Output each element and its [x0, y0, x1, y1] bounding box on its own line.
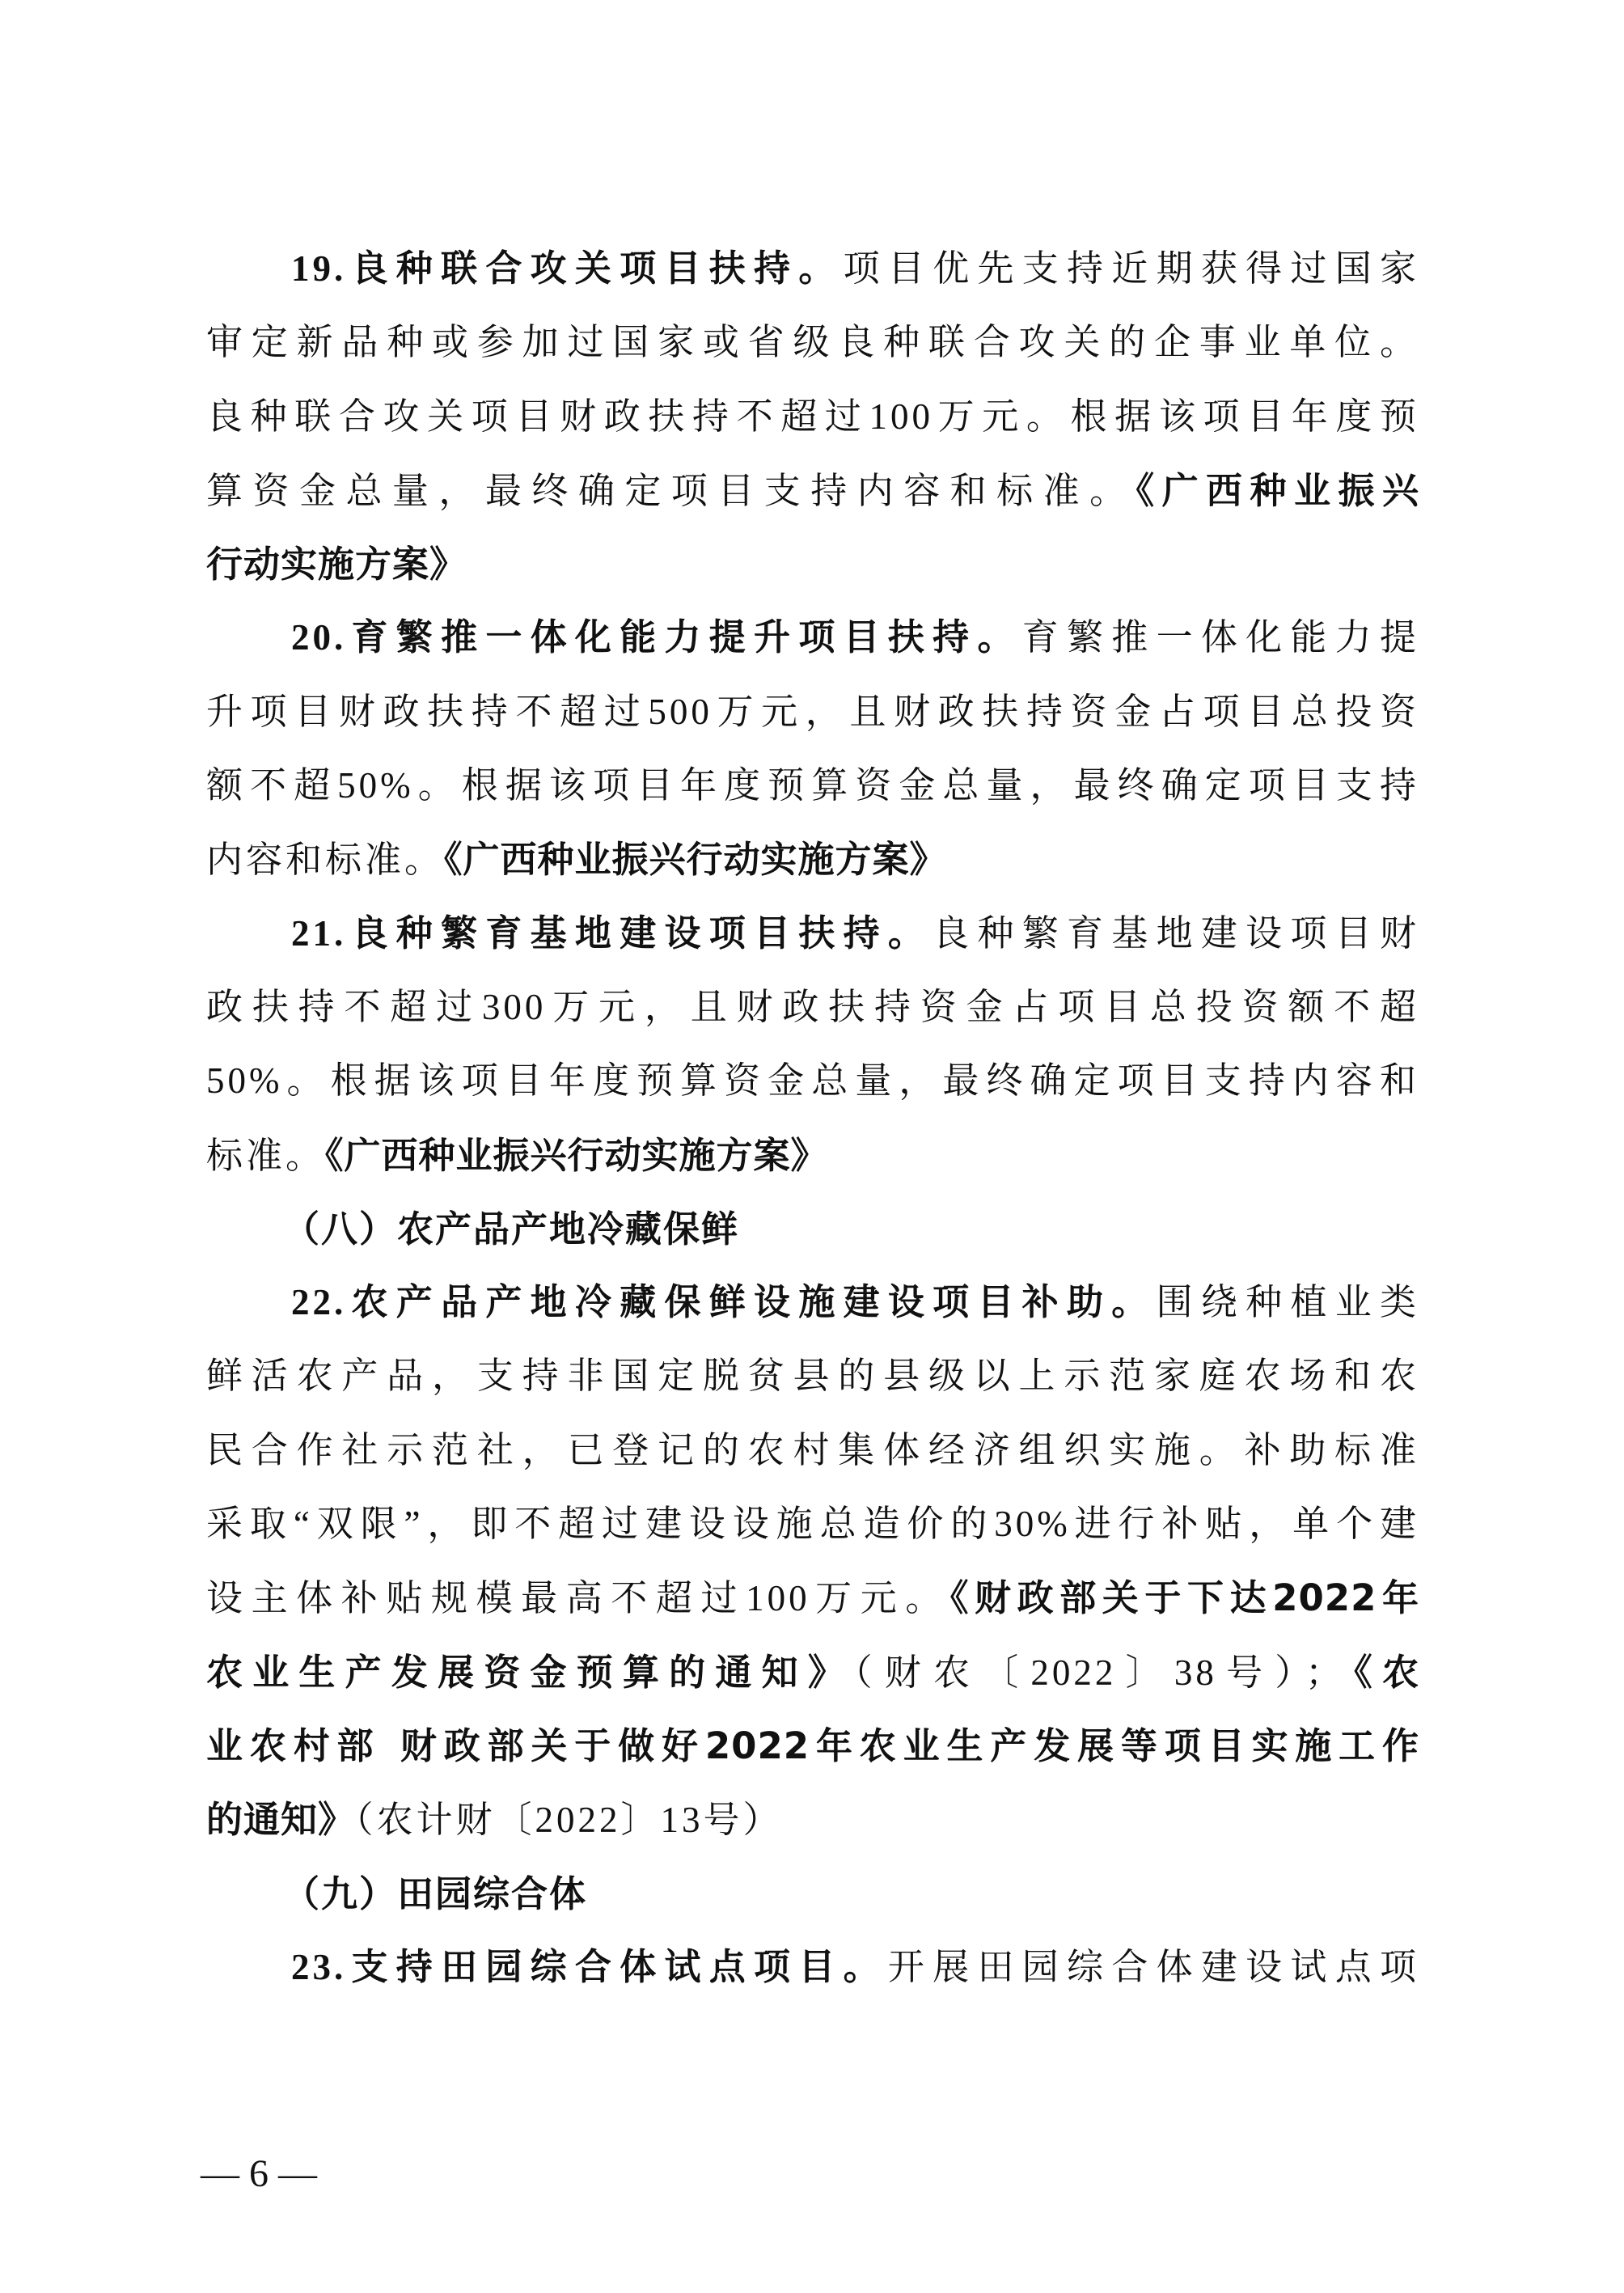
body-text: 项目优先支持近期获得过国家 [844, 248, 1419, 289]
item-title: 22.农产品产地冷藏保鲜设施建设项目补助。 [291, 1282, 1157, 1322]
citation: 《广西种业振兴行动实施方案》 [325, 1134, 828, 1177]
citation: 《广西种业振兴行动实施方案》 [444, 838, 947, 881]
document-page: 19.良种联合攻关项目扶持。项目优先支持近期获得过国家审定新品种或参加过国家或省… [0, 0, 1624, 2293]
item-title: 19.良种联合攻关项目扶持。 [291, 248, 844, 289]
text-line: 19.良种联合攻关项目扶持。项目优先支持近期获得过国家 [206, 232, 1419, 306]
body-text: （财农〔2022〕38号）； [854, 1652, 1345, 1693]
body-text: 良种繁育基地建设项目财 [933, 913, 1419, 954]
citation: 《广西种业振兴 [1136, 469, 1419, 512]
citation: 行动实施方案》 [206, 543, 467, 586]
item-title: 21.良种繁育基地建设项目扶持。 [291, 913, 933, 954]
body-text: 围绕种植业类 [1157, 1282, 1419, 1322]
body-text: 升项目财政扶持不超过500万元，且财政扶持资金占项目总投资 [206, 692, 1419, 732]
citation: 农业生产发展资金预算的通知》 [206, 1651, 854, 1694]
text-line: 50%。根据该项目年度预算资金总量，最终确定项目支持内容和 [206, 1044, 1419, 1118]
body-text: 民合作社示范社，已登记的农村集体经济组织实施。补助标准 [206, 1430, 1419, 1470]
body-text: 算资金总量，最终确定项目支持内容和标准。 [206, 471, 1136, 511]
text-line: 业农村部 财政部关于做好2022年农业生产发展等项目实施工作 [206, 1709, 1419, 1783]
item-title: 20.育繁推一体化能力提升项目扶持。 [291, 617, 1022, 658]
citation: 《财政部关于下达2022年 [950, 1576, 1419, 1619]
text-line: 采取“双限”，即不超过建设设施总造价的30%进行补贴，单个建 [206, 1487, 1419, 1561]
body-text: 良种联合攻关项目财政扶持不超过100万元。根据该项目年度预 [206, 396, 1419, 437]
section-heading-line: （九）田园综合体 [206, 1857, 1419, 1931]
text-line: 审定新品种或参加过国家或省级良种联合攻关的企事业单位。 [206, 306, 1419, 379]
text-line: 23.支持田园综合体试点项目。开展田园综合体建设试点项 [206, 1931, 1419, 2004]
section-heading: （八）农产品产地冷藏保鲜 [283, 1208, 739, 1250]
body-text: 额不超50%。根据该项目年度预算资金总量，最终确定项目支持 [206, 765, 1419, 806]
body-text: （农计财〔2022〕13号） [355, 1800, 783, 1840]
item-title: 23.支持田园综合体试点项目。 [291, 1947, 888, 1987]
text-line: 民合作社示范社，已登记的农村集体经济组织实施。补助标准 [206, 1414, 1419, 1487]
citation: 业农村部 财政部关于做好2022年农业生产发展等项目实施工作 [206, 1724, 1419, 1767]
text-line: 算资金总量，最终确定项目支持内容和标准。《广西种业振兴 [206, 454, 1419, 527]
body-text: 育繁推一体化能力提 [1022, 617, 1419, 658]
text-line: 良种联合攻关项目财政扶持不超过100万元。根据该项目年度预 [206, 380, 1419, 454]
body-text: 设主体补贴规模最高不超过100万元。 [206, 1578, 950, 1618]
page-number: — 6 — [201, 2151, 317, 2197]
citation: 《农 [1345, 1651, 1419, 1694]
text-line: 内容和标准。《广西种业振兴行动实施方案》 [206, 823, 1419, 896]
body-text: 开展田园综合体建设试点项 [888, 1947, 1419, 1987]
section-heading: （九）田园综合体 [283, 1872, 587, 1915]
text-line: 农业生产发展资金预算的通知》（财农〔2022〕38号）；《农 [206, 1635, 1419, 1709]
document-body: 19.良种联合攻关项目扶持。项目优先支持近期获得过国家审定新品种或参加过国家或省… [206, 232, 1419, 2004]
body-text: 50%。根据该项目年度预算资金总量，最终确定项目支持内容和 [206, 1060, 1419, 1101]
body-text: 标准。 [206, 1136, 325, 1176]
text-line: 设主体补贴规模最高不超过100万元。《财政部关于下达2022年 [206, 1561, 1419, 1635]
text-line: 升项目财政扶持不超过500万元，且财政扶持资金占项目总投资 [206, 675, 1419, 749]
text-line: 的通知》（农计财〔2022〕13号） [206, 1783, 1419, 1856]
body-text: 政扶持不超过300万元，且财政扶持资金占项目总投资额不超 [206, 987, 1419, 1027]
body-text: 采取“双限”，即不超过建设设施总造价的30%进行补贴，单个建 [206, 1504, 1419, 1544]
text-line: 行动实施方案》 [206, 527, 1419, 601]
body-text: 内容和标准。 [206, 840, 444, 880]
body-text: 审定新品种或参加过国家或省级良种联合攻关的企事业单位。 [206, 322, 1419, 362]
text-line: 鲜活农产品，支持非国定脱贫县的县级以上示范家庭农场和农 [206, 1339, 1419, 1413]
text-line: 政扶持不超过300万元，且财政扶持资金占项目总投资额不超 [206, 971, 1419, 1044]
citation: 的通知》 [206, 1798, 355, 1841]
text-line: 额不超50%。根据该项目年度预算资金总量，最终确定项目支持 [206, 749, 1419, 823]
text-line: 20.育繁推一体化能力提升项目扶持。育繁推一体化能力提 [206, 601, 1419, 675]
body-text: 鲜活农产品，支持非国定脱贫县的县级以上示范家庭农场和农 [206, 1356, 1419, 1396]
text-line: 22.农产品产地冷藏保鲜设施建设项目补助。围绕种植业类 [206, 1266, 1419, 1339]
text-line: 标准。《广西种业振兴行动实施方案》 [206, 1119, 1419, 1192]
section-heading-line: （八）农产品产地冷藏保鲜 [206, 1192, 1419, 1266]
text-line: 21.良种繁育基地建设项目扶持。良种繁育基地建设项目财 [206, 897, 1419, 971]
